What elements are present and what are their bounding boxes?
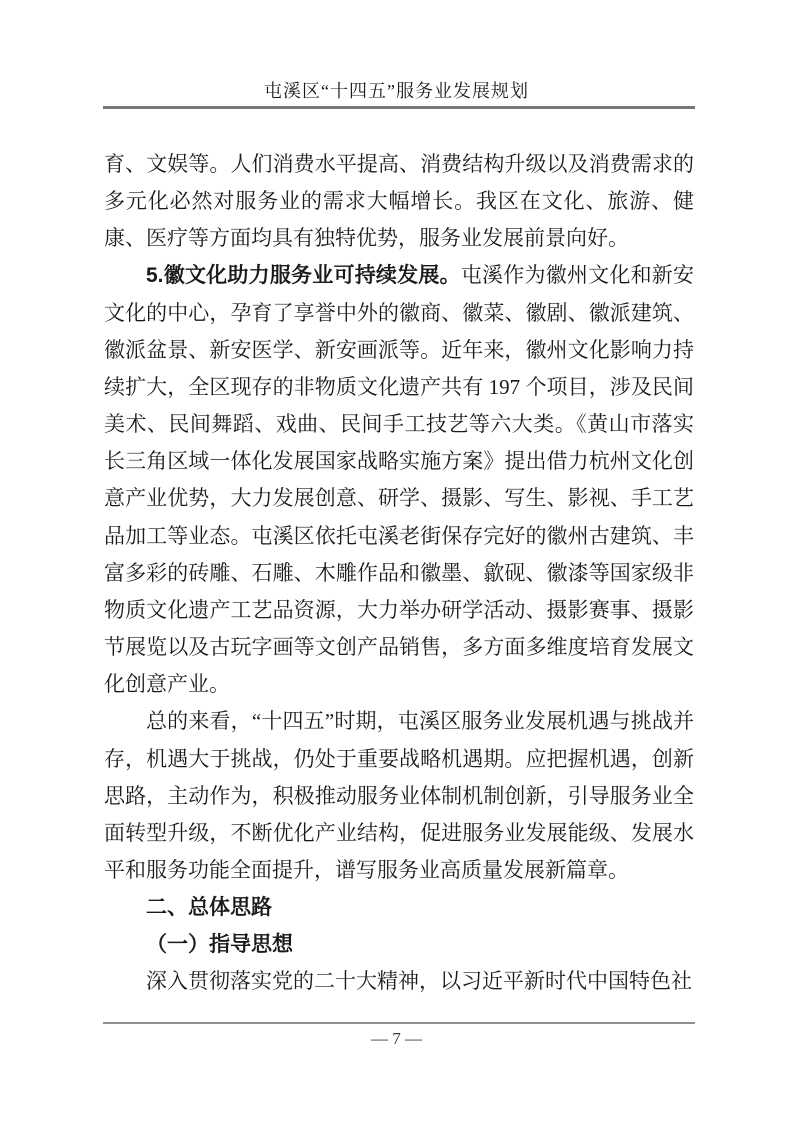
- document-page: 屯溪区“十四五”服务业发展规划 育、文娱等。人们消费水平提高、消费结构升级以及消…: [0, 0, 793, 1122]
- document-body: 育、文娱等。人们消费水平提高、消费结构升级以及消费需求的多元化必然对服务业的需求…: [104, 146, 694, 1001]
- section-heading-overall-approach: 二、总体思路: [104, 889, 694, 926]
- page-number: — 7 —: [0, 1027, 793, 1051]
- paragraph-lead-bold: 5.徽文化助力服务业可持续发展。: [146, 264, 461, 287]
- paragraph-guiding-ideology: 深入贯彻落实党的二十大精神，以习近平新时代中国特色社: [104, 963, 694, 1000]
- paragraph-huizhou-culture: 5.徽文化助力服务业可持续发展。屯溪作为徽州文化和新安文化的中心，孕育了享誉中外…: [104, 257, 694, 703]
- paragraph-body-text: 屯溪作为徽州文化和新安文化的中心，孕育了享誉中外的徽商、徽菜、徽剧、徽派建筑、徽…: [104, 263, 694, 696]
- paragraph-summary: 总的来看，“十四五”时期，屯溪区服务业发展机遇与挑战并存，机遇大于挑战，仍处于重…: [104, 703, 694, 889]
- header-title: 屯溪区“十四五”服务业发展规划: [0, 80, 793, 102]
- header-divider: [103, 106, 695, 109]
- paragraph-continuation: 育、文娱等。人们消费水平提高、消费结构升级以及消费需求的多元化必然对服务业的需求…: [104, 146, 694, 257]
- subsection-heading-guiding-ideology: （一）指导思想: [104, 926, 694, 963]
- footer-divider: [103, 1022, 695, 1024]
